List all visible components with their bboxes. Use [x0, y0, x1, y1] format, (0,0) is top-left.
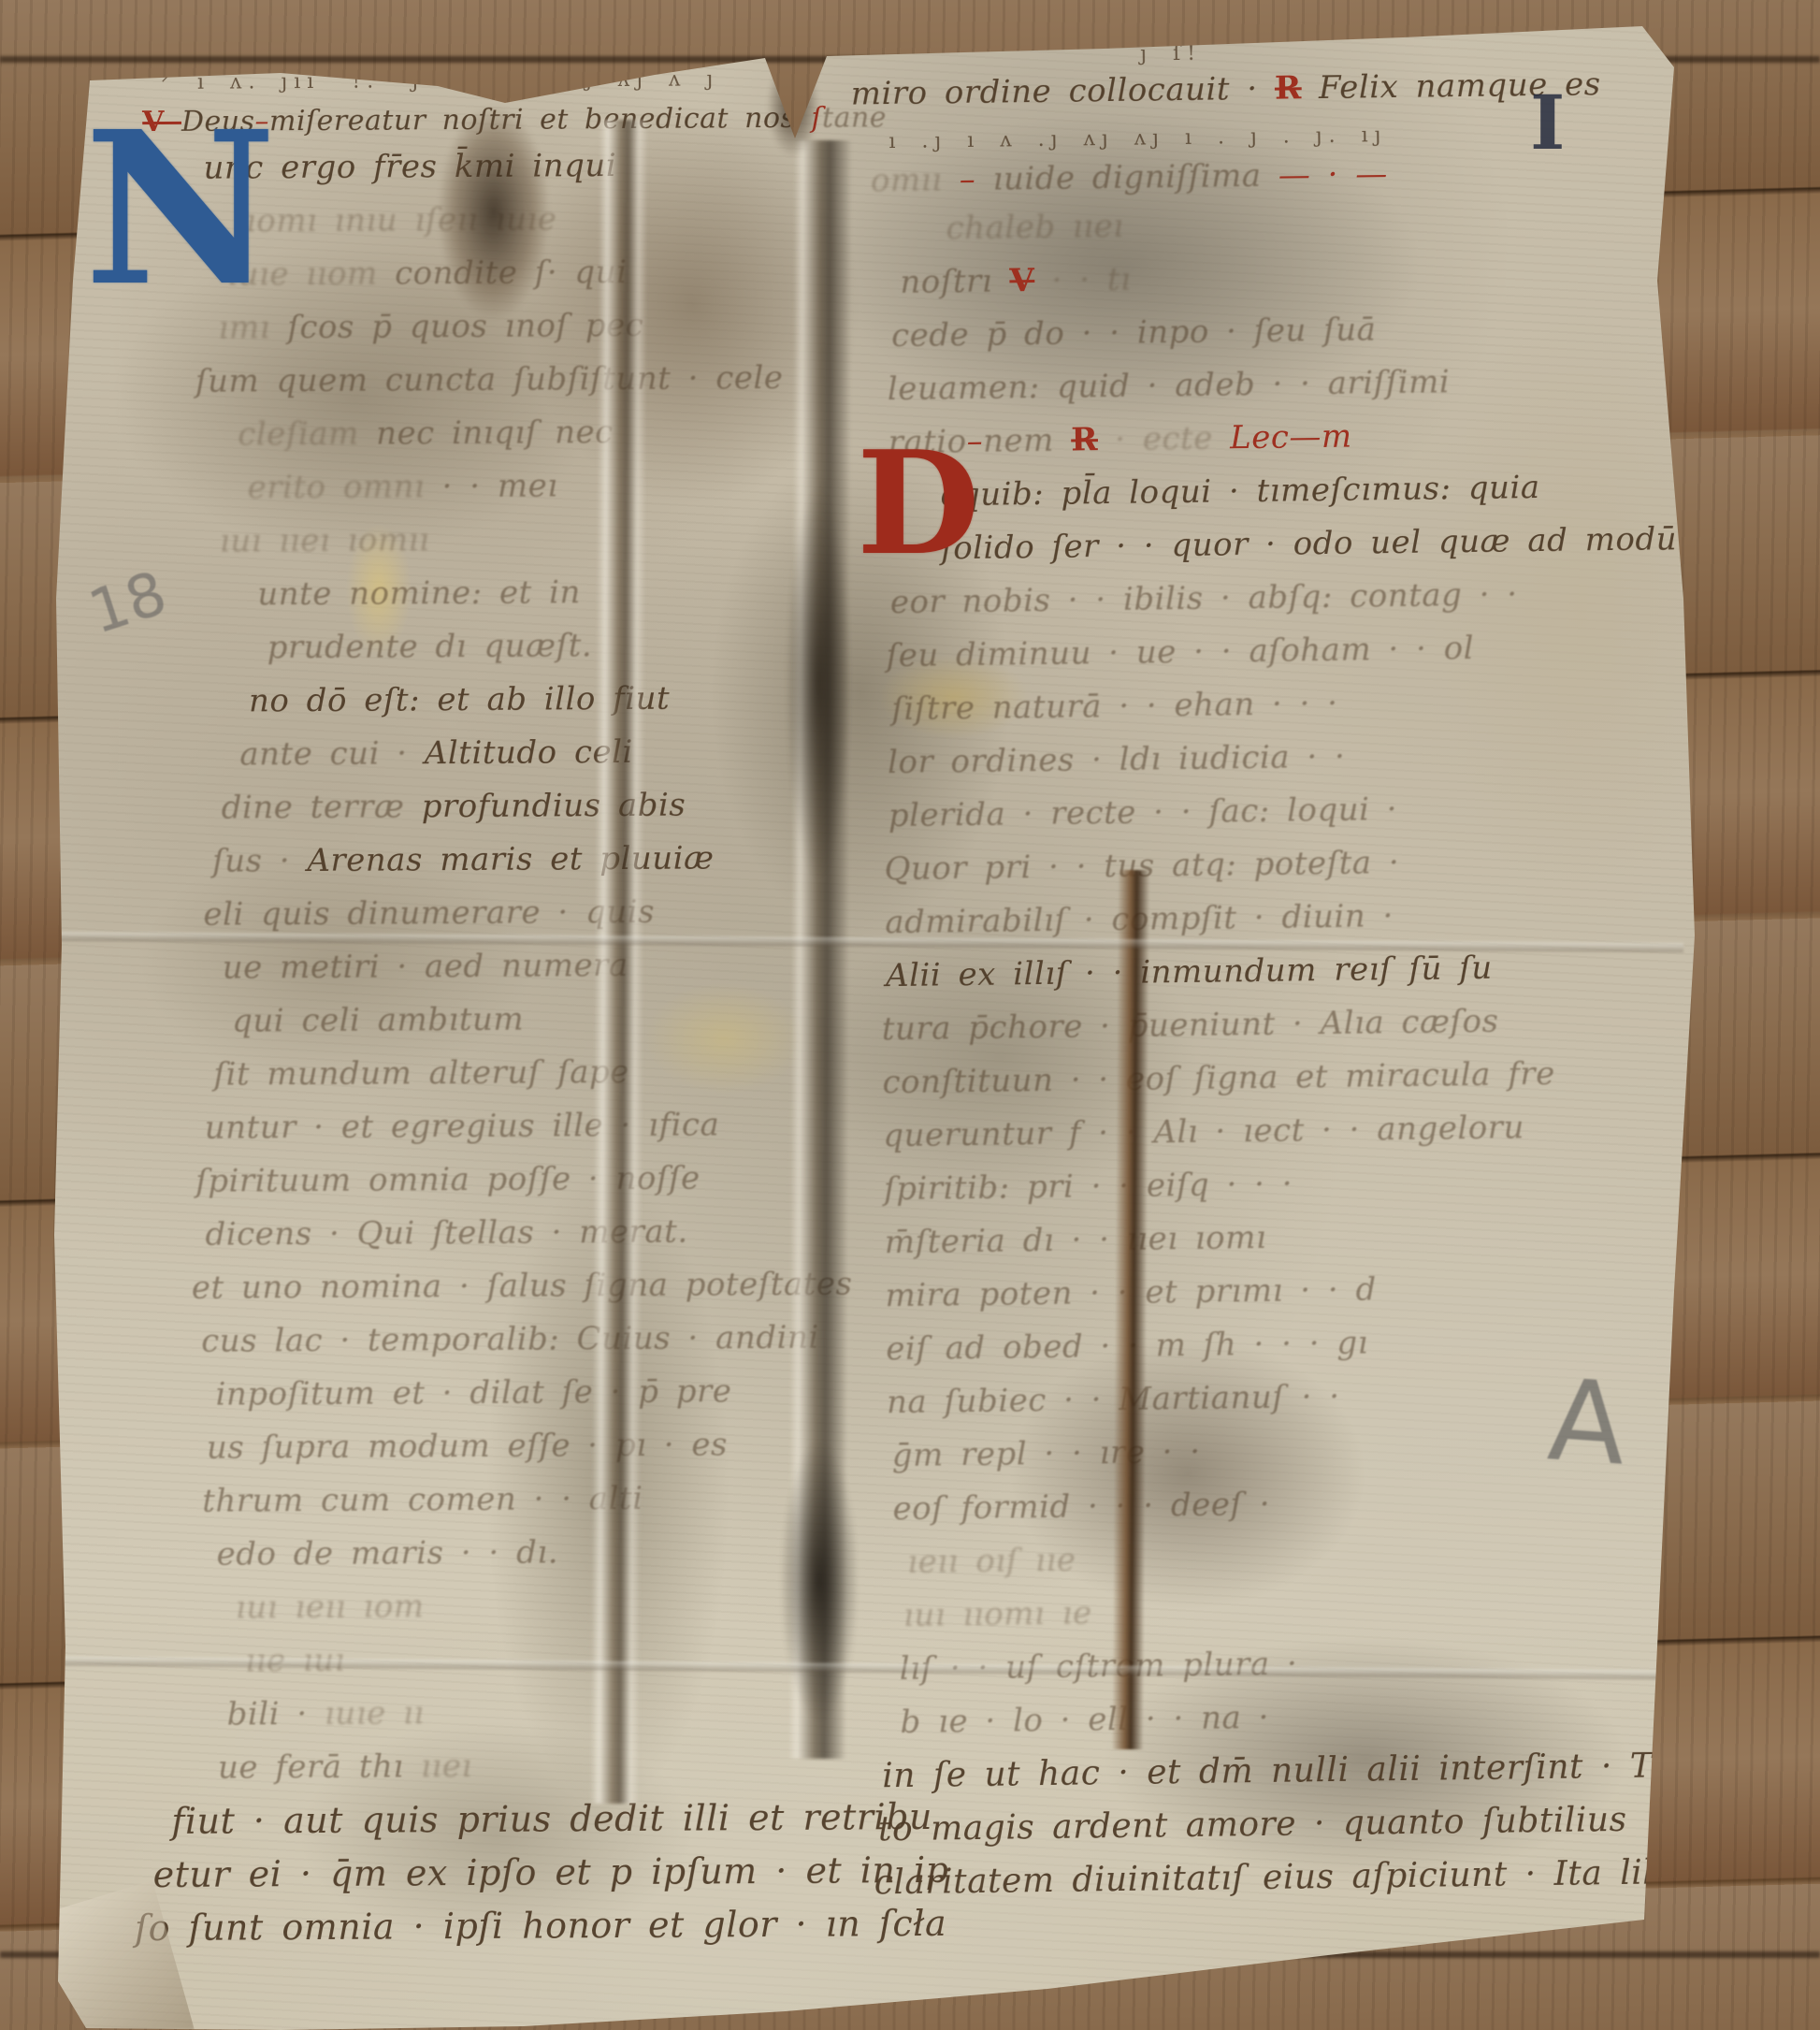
text-segment: miro ordine collocauit ·: [850, 70, 1275, 113]
text-line: ſum quem cuncta ſubſiſtunt · cele: [107, 352, 817, 410]
text-segment: etur ei · q̄m ex ipſo et p ipſum · et in…: [153, 1849, 949, 1895]
text-segment: b ıe · lo · ell · · na ·: [900, 1699, 1269, 1741]
text-line: claritatem diuinitatıſ eius aſpiciunt · …: [855, 1846, 1679, 1910]
text-line: ante cui · Altitudo celi: [108, 725, 819, 783]
text-line: ıuı ııeı ıomıı: [108, 512, 818, 570]
text-line: unte nomine: et in: [108, 565, 818, 623]
text-segment: cus lac · temporalib: Cuius · andini: [201, 1319, 819, 1360]
text-segment: V: [1009, 262, 1034, 299]
text-line: inpoſitum et · dilat ſe · p̄ pre: [112, 1365, 823, 1423]
text-line: conſtituun · · eoſ ſigna et miracula fre: [845, 1046, 1668, 1110]
text-segment: ııeı: [421, 1747, 472, 1785]
text-segment: nec inıqıſ nec: [376, 413, 614, 453]
decorated-initial-D: D: [857, 432, 980, 574]
text-segment: ıuide digniſſima: [975, 157, 1278, 198]
text-segment: ſit mundum alteruſ ſape: [213, 1053, 629, 1094]
text-segment: us ſupra modum eſſe · pı · es: [207, 1426, 728, 1466]
text-segment: –: [959, 161, 975, 198]
photo-of-manuscript: ⸍ ı ʌ. ȷıı '!.' ȷ ı ʌ ı ʌ ȷ ʌȷ ʌ ȷV Deus…: [0, 0, 1820, 2030]
text-segment: na ſubiec · · Martianuſ · ·: [887, 1378, 1340, 1421]
text-segment: ſolido ſer · · quor · odo uel quæ ad mod…: [941, 520, 1677, 567]
text-segment: leuamen: quid · adeb · · ariſſimi: [888, 363, 1451, 408]
text-line: prudente dı quæſt.: [108, 618, 818, 676]
text-segment: qui celi ambıtum: [232, 1001, 524, 1040]
text-line: ſpirituum omnia poſſe · noſſe: [111, 1152, 822, 1210]
text-segment: claritatem diuinitatıſ eius aſpiciunt · …: [874, 1853, 1676, 1902]
text-segment: R: [1071, 421, 1098, 458]
text-segment: Alii ex illıſ · · inmundum reıſ ſū ſu: [886, 950, 1493, 994]
hole: [438, 105, 550, 320]
text-segment: queruntur f · · Alı · ıect · · angeloru: [883, 1109, 1524, 1154]
text-line: ue metiri · aed numera: [110, 938, 821, 996]
text-segment: prudente dı quæſt.: [267, 627, 593, 666]
text-segment: chaleb ııeı: [946, 208, 1124, 247]
text-line: dine terræ profundius abis: [109, 778, 820, 836]
text-segment: in ſe ut hac · et dm̄ nulli alii interſi…: [882, 1747, 1693, 1795]
text-segment: plerida · recte · · ſac: loqui ·: [888, 790, 1398, 834]
text-line: ſit mundum alteruſ ſape: [110, 1045, 821, 1103]
text-segment: inpoſitum et · dilat ſe · p̄ pre: [215, 1372, 731, 1413]
text-segment: ıuıe ıı: [325, 1694, 425, 1733]
text-segment: ıuı ııomı ıe: [903, 1594, 1092, 1634]
text-segment: nem: [983, 422, 1072, 460]
text-segment: · · meı: [441, 467, 557, 505]
text-line: ſo ſunt omnia · ipſi honor et glor · ın …: [116, 1898, 827, 1956]
text-segment: fiut · aut quis prius dedit illi et retr…: [171, 1796, 932, 1842]
text-line: no dō eſt: et ab illo fiut: [108, 672, 819, 730]
decorated-initial-N: N: [84, 105, 277, 315]
text-line: erito omnı · · meı: [107, 458, 817, 516]
neume-notation: ı .ȷ ı ʌ .ȷ ʌȷ ʌȷ ı . ȷ . ȷ. ıȷ: [888, 123, 1387, 153]
text-segment: lor ordines · ldı iudicia · ·: [888, 738, 1346, 781]
text-segment: et uno nomina · ſalus ſigna poteſtates: [192, 1265, 853, 1306]
text-segment: unte nomine: et in: [257, 573, 581, 613]
text-segment: tura p̄chore · p̄ueniunt · Alıa cæſos: [882, 1003, 1499, 1049]
text-segment: m̄ſteria dı · · ııeı ıomı: [885, 1219, 1267, 1261]
text-segment: R: [1275, 69, 1302, 107]
text-line: ue ferā thı ııeı: [115, 1738, 826, 1796]
text-segment: eiſ ad obed · · m ſh · · · gı: [886, 1324, 1368, 1368]
text-line: us ſupra modum eſſe · pı · es: [113, 1418, 824, 1476]
annotation-I: I: [1530, 79, 1565, 167]
text-segment: conſtituun · · eoſ ſigna et miracula fre: [882, 1055, 1555, 1101]
text-segment: ıeıı oıſ ııe: [907, 1542, 1076, 1581]
text-segment: omıı: [871, 161, 960, 199]
text-line: bili · ıuıe ıı: [114, 1685, 825, 1743]
annotation-A: A: [1544, 1356, 1630, 1490]
text-segment: admirabilıſ · compſit · diuin ·: [885, 897, 1394, 941]
text-segment: eli quis dinumerare · quis: [203, 893, 655, 934]
text-line: ſus · Arenas maris et pluuiæ: [109, 832, 820, 890]
text-segment: ſcos p̄ quos ınoſ pec: [287, 307, 643, 346]
text-segment: dicens · Qui ſtellas · merat.: [205, 1213, 687, 1254]
manuscript-leaf: ⸍ ı ʌ. ȷıı '!.' ȷ ı ʌ ı ʌ ȷ ʌȷ ʌ ȷV Deus…: [0, 0, 1820, 2030]
text-segment: erito omnı: [247, 468, 441, 506]
text-segment: ſus ·: [212, 842, 308, 880]
text-segment: no dō eſt: et ab illo fiut: [249, 680, 670, 720]
text-line: fiut · aut quis prius dedit illi et retr…: [115, 1791, 826, 1849]
text-segment: Lec—m: [1230, 418, 1352, 457]
text-segment: ıuı ııeı ıomıı: [220, 521, 430, 559]
text-line: thrum cum comen · · alti: [113, 1472, 824, 1530]
text-segment: profundius abis: [422, 787, 686, 826]
text-segment: ıuı ıeıı ıom: [236, 1588, 425, 1626]
text-segment: miſereatur noſtri et benedicat nos: [269, 102, 812, 138]
text-segment: ue ferā thı: [218, 1747, 421, 1786]
text-segment: Altitudo celi: [425, 733, 633, 772]
text-line: etur ei · q̄m ex ipſo et p ipſum · et in…: [116, 1845, 827, 1903]
text-segment: ue metiri · aed numera: [223, 947, 628, 987]
text-column-right: ȷ ſ!miro ordine collocauit · R Felix nam…: [831, 26, 1679, 1909]
text-segment: untur · et egregius ille · ıfica: [205, 1106, 720, 1146]
text-segment: Arenas maris et pluuiæ: [307, 839, 714, 879]
text-segment: ſiſtre naturā · · ehan · · ·: [891, 685, 1338, 728]
text-segment: mira poten · · et prımı · · d: [885, 1270, 1377, 1314]
text-segment: dine terræ: [222, 788, 422, 826]
text-segment: ſpirituum omnia poſſe · noſſe: [195, 1159, 701, 1199]
text-line: cus lac · temporalib: Cuius · andini: [112, 1312, 823, 1370]
text-segment: ſpiritib: pri · · eiſq · · ·: [884, 1165, 1293, 1208]
text-segment: — · —: [1278, 155, 1388, 195]
text-line: ıuı ıeıı ıom: [114, 1578, 825, 1636]
text-segment: cede p̄ do · · inpo · ſeu ſuā: [891, 311, 1377, 355]
text-line: qui celi ambıtum: [110, 992, 821, 1050]
text-segment: · · tı: [1034, 261, 1132, 299]
text-segment: to magis ardent amore · quanto ſubtilius: [878, 1801, 1627, 1849]
text-line: dicens · Qui ſtellas · merat.: [111, 1205, 822, 1263]
text-segment: ante cui ·: [239, 734, 425, 773]
text-segment: · ecte: [1098, 419, 1231, 458]
text-line: cleſiam nec inıqıſ nec: [107, 405, 817, 463]
text-segment: Quor pri · · tus atq: poteſta ·: [884, 844, 1399, 888]
text-segment: ḡm repl · · ıre · ·: [892, 1433, 1201, 1474]
text-segment: bili ·: [227, 1695, 325, 1733]
text-segment: ſeu diminuu · ue · · aſoham · · ol: [886, 630, 1474, 674]
text-segment: cleſiam: [238, 415, 376, 454]
text-segment: noſtrı: [900, 262, 1010, 301]
text-line: et uno nomina · ſalus ſigna poteſtates: [112, 1258, 823, 1316]
text-line: edo de maris · · dı.: [113, 1525, 824, 1583]
text-segment: equib: pl̄a loqui · tımeſcımus: quia: [940, 469, 1540, 514]
text-line: untur · et egregius ille · ıfica: [111, 1098, 822, 1156]
text-segment: edo de maris · · dı.: [216, 1533, 558, 1573]
text-segment: ſo ſunt omnia · ipſi honor et glor · ın …: [135, 1903, 946, 1949]
text-segment: ſum quem cuncta ſubſiſtunt · cele: [195, 359, 784, 400]
text-segment: eoſ formid · · · deeſ ·: [892, 1486, 1270, 1528]
text-segment: thrum cum comen · · alti: [202, 1480, 643, 1520]
text-segment: eor nobis · · ibilis · abſq: contag · ·: [890, 575, 1518, 621]
